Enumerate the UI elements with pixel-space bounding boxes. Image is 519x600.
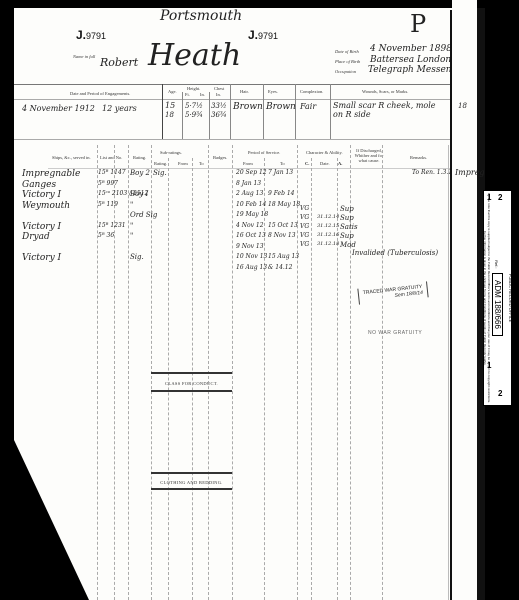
conduct-label: CLASS FOR CONDUCT. <box>151 381 232 386</box>
eyes-value: Brown <box>266 102 296 112</box>
service-list: 5ᴮ 36 <box>98 232 114 239</box>
header-height-in: In. <box>200 92 205 97</box>
service-ship: Ganges <box>22 180 56 190</box>
service-from: 2 Aug 13 <box>236 190 263 197</box>
service-list: 15ᴮ 1231 <box>98 222 126 229</box>
service-rating: Boy I <box>130 190 148 198</box>
chest-2: 36¾ <box>211 111 227 119</box>
service-ship: Impregnable <box>22 169 80 179</box>
header-hair: Hair. <box>240 89 249 94</box>
rule <box>14 99 477 100</box>
archive-reference: ADM 188/666 <box>492 273 503 336</box>
service-from: 4 Nov 12 <box>236 222 264 229</box>
character-c: VG <box>300 214 309 221</box>
pob-label: Place of Birth <box>335 59 360 64</box>
rule <box>311 158 312 600</box>
service-rating: Sig. <box>130 253 144 261</box>
service-from: 8 Jan 13 <box>236 180 261 187</box>
character-c: VG <box>300 223 309 230</box>
header-sub-ratings: Sub-ratings. <box>160 150 182 155</box>
header-list-no: List and No. <box>100 155 122 160</box>
rule <box>264 158 265 600</box>
service-rating: " <box>130 222 133 230</box>
header-date-period: Date and Period of Engagements. <box>70 91 130 96</box>
first-name: Robert <box>100 56 138 69</box>
age-1: 15 <box>165 101 175 110</box>
rule <box>14 139 477 140</box>
service-to: 18 May 18 <box>268 201 300 208</box>
service-ship: Victory I <box>22 190 61 200</box>
service-to: 9 Feb 14 <box>268 190 295 197</box>
character-a: Sup <box>340 205 354 213</box>
dob-label: Date of Birth <box>335 49 359 54</box>
height-2: 5·9¾ <box>185 111 203 119</box>
service-ship: Dryad <box>22 232 50 242</box>
adjacent-age: 18 <box>458 102 467 110</box>
service-from: 16 Aug 13 <box>236 264 267 271</box>
service-rating: Ord Sig <box>130 211 157 219</box>
rule <box>330 84 331 139</box>
occupation-label: Occupation <box>335 69 356 74</box>
service-from: 10 Feb 14 <box>236 201 266 208</box>
header-sub-rating: Rating. <box>154 161 167 166</box>
service-from: 9 Nov 13 <box>236 243 264 250</box>
service-list: 5ᴮ 997 <box>98 180 118 187</box>
header-height: Height. <box>187 86 200 91</box>
age-2: 18 <box>165 111 174 119</box>
service-from: 16 Oct 13 <box>236 232 266 239</box>
character-a: Sup <box>340 232 354 240</box>
character-c: VG <box>300 232 309 239</box>
page-corner-cut <box>14 440 89 600</box>
height-1: 5·7½ <box>185 102 203 110</box>
surname: Heath <box>148 38 241 73</box>
service-rating: Boy 2 <box>130 169 150 177</box>
rule <box>230 84 231 139</box>
service-rating: " <box>130 201 133 209</box>
rule <box>151 488 232 490</box>
header-char-a: A. <box>338 161 342 166</box>
header-eyes: Eyes. <box>268 89 278 94</box>
service-ship: Victory I <box>22 253 61 263</box>
page-mark: P <box>410 10 426 38</box>
header-character: Character & Ability. <box>306 150 343 155</box>
rule <box>448 145 449 600</box>
rule <box>168 158 169 600</box>
character-date: 31.12.16 <box>317 232 339 238</box>
service-to: 15 Oct 13 <box>268 222 298 229</box>
header-remarks: Remarks. <box>410 155 427 160</box>
character-date: 31.12.15 <box>317 223 339 229</box>
header-age: Age. <box>168 89 177 94</box>
service-ship: Victory I <box>22 222 61 232</box>
engagement-date: 4 November 1912 <box>22 104 95 113</box>
header-chest: Chest <box>214 86 224 91</box>
header-wounds: Wounds, Scars, or Marks. <box>362 89 408 94</box>
header-period: Period of Service. <box>248 150 280 155</box>
character-a: Sup <box>340 214 354 222</box>
character-date: 31.12.18 <box>317 241 339 247</box>
rule <box>209 92 210 139</box>
chest-1: 33½ <box>211 102 227 110</box>
service-list: 5ᴮ 119 <box>98 201 118 208</box>
service-sub: Sig. <box>153 169 167 177</box>
rule <box>382 145 383 600</box>
header-period-to: To <box>280 161 285 166</box>
ref-label: Ref.: <box>494 260 499 268</box>
character-date: 31.12.14 <box>317 214 339 220</box>
archive-label: 1 2 1 2 PUBLIC RECORD OFFICE Ref.: ADM 1… <box>483 190 512 406</box>
service-to: 8 Nov 13 <box>268 232 296 239</box>
header-char-date: Date. <box>320 161 330 166</box>
adjacent-ship: Impreg <box>455 168 485 177</box>
character-c: VG <box>300 205 309 212</box>
header-ships: Ships, &c., served in. <box>52 155 91 160</box>
official-number-left: J.9791 <box>76 28 106 42</box>
header-discharged: If Discharged, Whither and for what caus… <box>352 148 386 163</box>
header-chest-in: In. <box>216 92 221 97</box>
header-badges: Badges. <box>213 155 227 160</box>
service-to: 7 Jan 13 <box>268 169 293 176</box>
service-from: 10 Nov 13 <box>236 253 267 260</box>
service-list: 15ᴮ 1147 <box>98 169 126 176</box>
service-to: & 14.12 <box>268 264 292 271</box>
character-a: Satis <box>340 223 358 231</box>
rule <box>162 84 163 139</box>
no-war-gratuity-stamp: NO WAR GRATUITY <box>368 330 422 336</box>
header-period-from: From <box>243 161 253 166</box>
pob-value: Battersea London <box>370 55 451 65</box>
header-char-c: C. <box>305 161 309 166</box>
rule <box>97 145 98 600</box>
header-height-ft: Ft. <box>185 92 190 97</box>
copyright-note: Please note that this copy is supplied s… <box>483 193 490 403</box>
service-to: 15 Aug 13 <box>268 253 299 260</box>
page-fold <box>450 10 452 600</box>
header-sub-from: From <box>178 161 188 166</box>
service-ship: Weymouth <box>22 201 70 211</box>
rule <box>297 145 298 600</box>
engagement-period: 12 years <box>102 104 137 113</box>
rule <box>14 84 477 85</box>
remark-invalided: Invalided (Tuberculosis) <box>352 249 438 257</box>
rule <box>128 145 129 600</box>
header-rating: Rating. <box>133 155 146 160</box>
rule <box>182 92 183 139</box>
service-from: 19 May 18 <box>236 211 268 218</box>
service-rating: " <box>130 232 133 240</box>
character-a: Mod <box>340 241 356 249</box>
rule <box>114 145 115 600</box>
complexion-value: Fair <box>300 102 316 111</box>
clothing-label: CLOTHING AND BEDDING. <box>151 480 232 485</box>
rule <box>232 145 233 600</box>
header-sub-to: To <box>199 161 204 166</box>
archive-office: PUBLIC RECORD OFFICE <box>508 193 513 403</box>
archive-label-text: PUBLIC RECORD OFFICE Ref.: ADM 188/666 P… <box>483 193 513 403</box>
official-number-right: J.9791 <box>248 28 278 42</box>
hair-value: Brown <box>233 102 263 112</box>
header-complexion: Complexion. <box>300 89 323 94</box>
name-label: Name in full <box>73 54 87 60</box>
service-from: 20 Sep 12 <box>236 169 267 176</box>
adjacent-page <box>452 0 477 600</box>
dob-value: 4 November 1898 <box>370 44 452 54</box>
port-name: Portsmouth <box>160 8 242 24</box>
rule <box>151 390 232 392</box>
marks-value: Small scar R cheek, mole on R side <box>333 101 443 119</box>
rule <box>151 372 232 374</box>
rule <box>151 472 232 474</box>
character-c: VG <box>300 241 309 248</box>
rule <box>192 158 193 600</box>
rule <box>263 84 264 139</box>
